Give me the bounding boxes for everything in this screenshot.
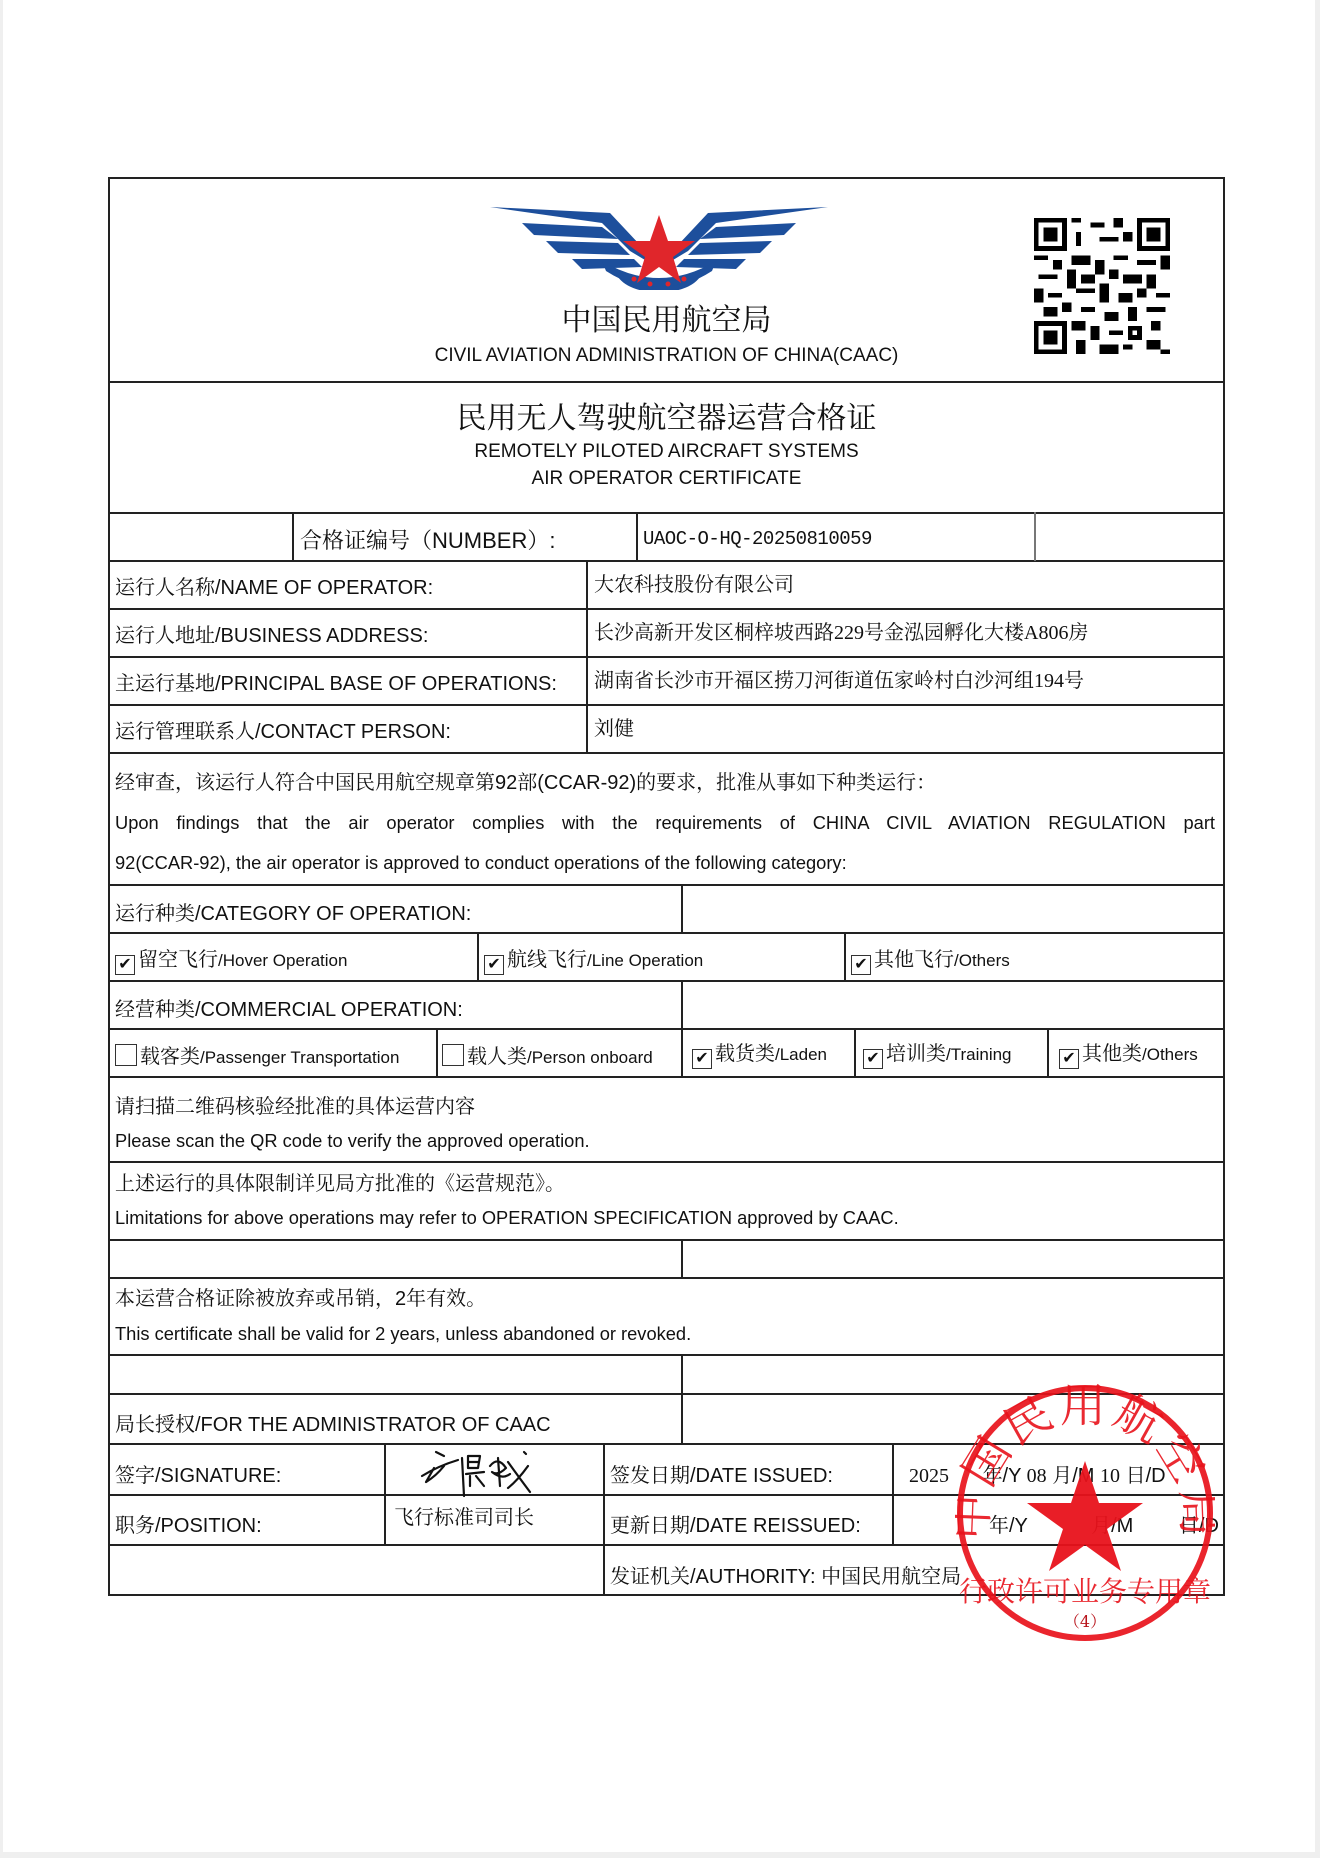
col-line [603, 1443, 605, 1595]
row-line [108, 704, 1225, 706]
checkbox-others[interactable]: ✔ [851, 955, 871, 975]
row-line [108, 1277, 1225, 1279]
limitations-en: Limitations for above operations may ref… [115, 1209, 899, 1227]
col-line [681, 1239, 683, 1278]
certificate-title-cn: 民用无人驾驶航空器运营合格证 [108, 404, 1225, 434]
certificate-title-en-1: REMOTELY PILOTED AIRCRAFT SYSTEMS [108, 442, 1225, 461]
qr-note-cn: 请扫描二维码核验经批准的具体运营内容 [115, 1097, 475, 1117]
col-line [681, 980, 683, 1029]
col-line [292, 512, 294, 561]
principal-base-value: 湖南省长沙市开福区捞刀河街道伍家岭村白沙河组194号 [594, 671, 1084, 691]
commercial-label: 经营种类/COMMERCIAL OPERATION: [115, 1000, 463, 1020]
col-line [436, 1028, 438, 1077]
validity-en: This certificate shall be valid for 2 ye… [115, 1325, 691, 1343]
row-line [108, 1393, 1225, 1395]
findings-en-1: Upon findings that the air operator comp… [115, 814, 1215, 832]
operator-name-value: 大农科技股份有限公司 [594, 575, 794, 595]
table-border-top [108, 177, 1225, 179]
row-line [108, 980, 1225, 982]
caac-logo-icon [490, 205, 828, 290]
row-line [108, 560, 1225, 562]
operator-name-label: 运行人名称/NAME OF OPERATOR: [115, 578, 433, 598]
official-seal-icon: 中国民用航空局 行政许可业务专用章 （4） [955, 1383, 1215, 1643]
row-line [108, 884, 1225, 886]
certificate-page: 中国民用航空局 CIVIL AVIATION ADMINISTRATION OF… [3, 0, 1315, 1852]
row-line [108, 512, 1225, 514]
checkbox-line[interactable]: ✔ [484, 955, 504, 975]
row-line [108, 1354, 1225, 1356]
certificate-title-en-2: AIR OPERATOR CERTIFICATE [108, 469, 1225, 488]
commercial-option-passenger[interactable]: 载客类/Passenger Transportation [115, 1044, 399, 1067]
date-reissued-label: 更新日期/DATE REISSUED: [610, 1516, 861, 1536]
checkbox-hover[interactable]: ✔ [115, 955, 135, 975]
certificate-number: UAOC-O-HQ-20250810059 [643, 530, 872, 549]
commercial-option-laden[interactable]: ✔载货类/Laden [692, 1044, 827, 1069]
col-line [1034, 512, 1036, 561]
commercial-option-person-onboard[interactable]: 载人类/Person onboard [442, 1044, 653, 1067]
qr-note-en: Please scan the QR code to verify the ap… [115, 1132, 590, 1150]
col-line [681, 1028, 683, 1077]
seal-serial: （4） [1064, 1612, 1106, 1631]
col-line [892, 1443, 894, 1545]
row-line [108, 932, 1225, 934]
business-address-value: 长沙高新开发区桐梓坡西路229号金泓园孵化大楼A806房 [594, 623, 1088, 643]
checkbox-commercial-others[interactable]: ✔ [1059, 1049, 1079, 1069]
col-line [477, 932, 479, 981]
col-line [681, 884, 683, 933]
row-line [108, 1494, 1225, 1496]
row-line [108, 1028, 1225, 1030]
col-line [586, 560, 588, 753]
row-line [108, 1443, 1225, 1445]
col-line [1047, 1028, 1049, 1077]
category-option-hover[interactable]: ✔留空飞行/Hover Operation [115, 950, 347, 975]
business-address-label: 运行人地址/BUSINESS ADDRESS: [115, 626, 428, 646]
date-issued-value: 2025 年/Y 08 月/M 10 日/D [909, 1466, 1166, 1486]
validity-cn: 本运营合格证除被放弃或吊销，2年有效。 [115, 1289, 486, 1309]
authorization-label: 局长授权/FOR THE ADMINISTRATOR OF CAAC [115, 1415, 551, 1435]
findings-cn: 经审查，该运行人符合中国民用航空规章第92部(CCAR-92)的要求，批准从事如… [115, 773, 936, 793]
category-option-others[interactable]: ✔其他飞行/Others [851, 950, 1010, 975]
checkbox-person-onboard[interactable] [442, 1044, 464, 1066]
authority-field: 发证机关/AUTHORITY: 中国民用航空局 [610, 1567, 961, 1587]
category-option-line[interactable]: ✔航线飞行/Line Operation [484, 950, 703, 975]
col-line [384, 1443, 386, 1545]
date-reissued-value: 年/Y 月/M 日/D [989, 1516, 1219, 1536]
date-issued-label: 签发日期/DATE ISSUED: [610, 1466, 833, 1486]
principal-base-label: 主运行基地/PRINCIPAL BASE OF OPERATIONS: [115, 674, 557, 694]
table-border-bottom [108, 1594, 1225, 1596]
row-line [108, 1239, 1225, 1241]
row-line [108, 381, 1225, 383]
seal-bottom-text: 行政许可业务专用章 [959, 1575, 1211, 1608]
checkbox-training[interactable]: ✔ [863, 1049, 883, 1069]
col-line [844, 932, 846, 981]
col-line [681, 1354, 683, 1444]
table-border-right [1223, 177, 1225, 1596]
category-label: 运行种类/CATEGORY OF OPERATION: [115, 904, 471, 924]
row-line [108, 1076, 1225, 1078]
qr-code-icon[interactable] [1033, 218, 1171, 354]
row-line [108, 608, 1225, 610]
limitations-cn: 上述运行的具体限制详见局方批准的《运营规范》。 [115, 1174, 565, 1194]
contact-person-label: 运行管理联系人/CONTACT PERSON: [115, 722, 451, 742]
checkbox-passenger[interactable] [115, 1044, 137, 1066]
commercial-option-others[interactable]: ✔其他类/Others [1059, 1044, 1198, 1069]
number-label: 合格证编号（NUMBER）: [300, 530, 555, 552]
col-line [854, 1028, 856, 1077]
signature-label: 签字/SIGNATURE: [115, 1466, 281, 1486]
position-value: 飞行标准司司长 [394, 1508, 534, 1528]
checkbox-laden[interactable]: ✔ [692, 1049, 712, 1069]
row-line [108, 752, 1225, 754]
contact-person-value: 刘健 [594, 719, 634, 739]
table-border-left [108, 177, 110, 1596]
findings-en-2: 92(CCAR-92), the air operator is approve… [115, 854, 847, 872]
position-label: 职务/POSITION: [115, 1516, 262, 1536]
col-line [636, 512, 638, 561]
handwritten-signature-icon [418, 1446, 538, 1498]
row-line [108, 656, 1225, 658]
commercial-option-training[interactable]: ✔培训类/Training [863, 1044, 1012, 1069]
row-line [108, 1544, 1225, 1546]
row-line [108, 1161, 1225, 1163]
